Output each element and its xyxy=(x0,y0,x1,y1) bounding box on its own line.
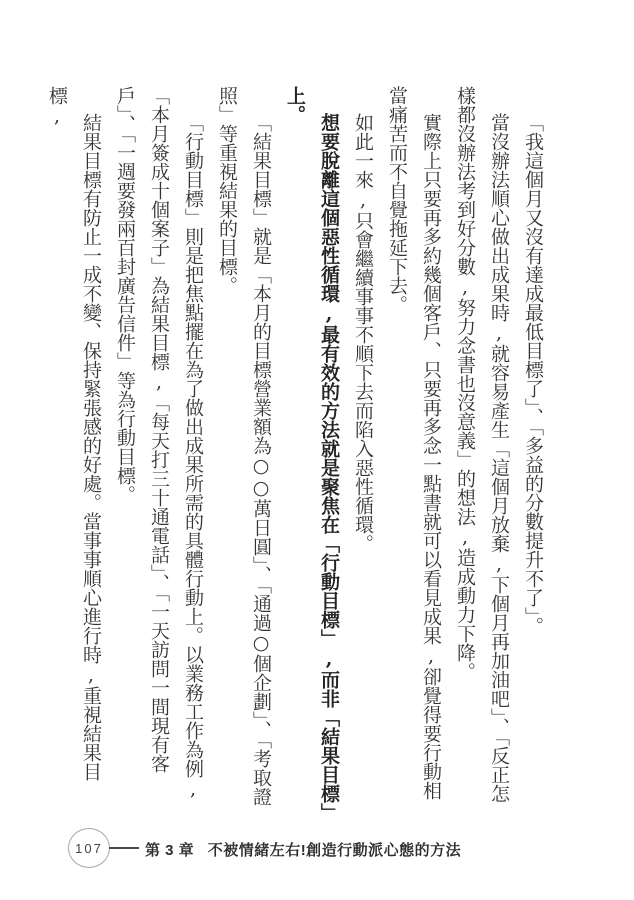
paragraph: 結果目標有防止一成不變、保持緊張感的好處。當事事順心進行時,重視結果目標, xyxy=(40,86,108,817)
paragraph: 「結果目標」就是「本月的目標營業額為○○萬日圓」、「通過○個企劃」、「考取證照」… xyxy=(210,86,278,817)
page-number: 107 xyxy=(75,841,103,856)
chapter-label: 第 3 章 xyxy=(145,842,194,859)
paragraph: 想要脫離這個惡性循環,最有效的方法就是聚焦在「行動目標」,而非「結果目標」上。 xyxy=(278,86,346,817)
paragraph: 「我這個月又沒有達成最低目標了」、「多益的分數提升不了」。 xyxy=(516,86,550,817)
chapter-title: 不被情緒左右!創造行動派心態的方法 xyxy=(208,842,462,859)
paragraph: 「行動目標」則是把焦點擺在為了做出成果所需的具體行動上。以業務工作為例,「本月簽… xyxy=(108,86,210,817)
book-page: 「我這個月又沒有達成最低目標了」、「多益的分數提升不了」。當沒辦法順心做出成果時… xyxy=(0,0,634,900)
paragraph: 當沒辦法順心做出成果時,就容易產生「這個月放棄,下個月再加油吧」、「反正怎樣都沒… xyxy=(448,86,516,817)
paragraph: 如此一來,只會繼續事事不順下去而陷入惡性循環。 xyxy=(346,86,380,817)
page-number-badge: 107 xyxy=(68,828,110,868)
page-footer: 107 第 3 章不被情緒左右!創造行動派心態的方法 xyxy=(0,822,634,892)
footer-divider-line xyxy=(109,847,139,849)
chapter-heading: 第 3 章不被情緒左右!創造行動派心態的方法 xyxy=(145,839,461,860)
paragraph: 實際上只要再多約幾個客戶、只要再多念一點書就可以看見成果,卻覺得要行動相當痛苦而… xyxy=(380,86,448,817)
body-text: 「我這個月又沒有達成最低目標了」、「多益的分數提升不了」。當沒辦法順心做出成果時… xyxy=(40,86,550,817)
